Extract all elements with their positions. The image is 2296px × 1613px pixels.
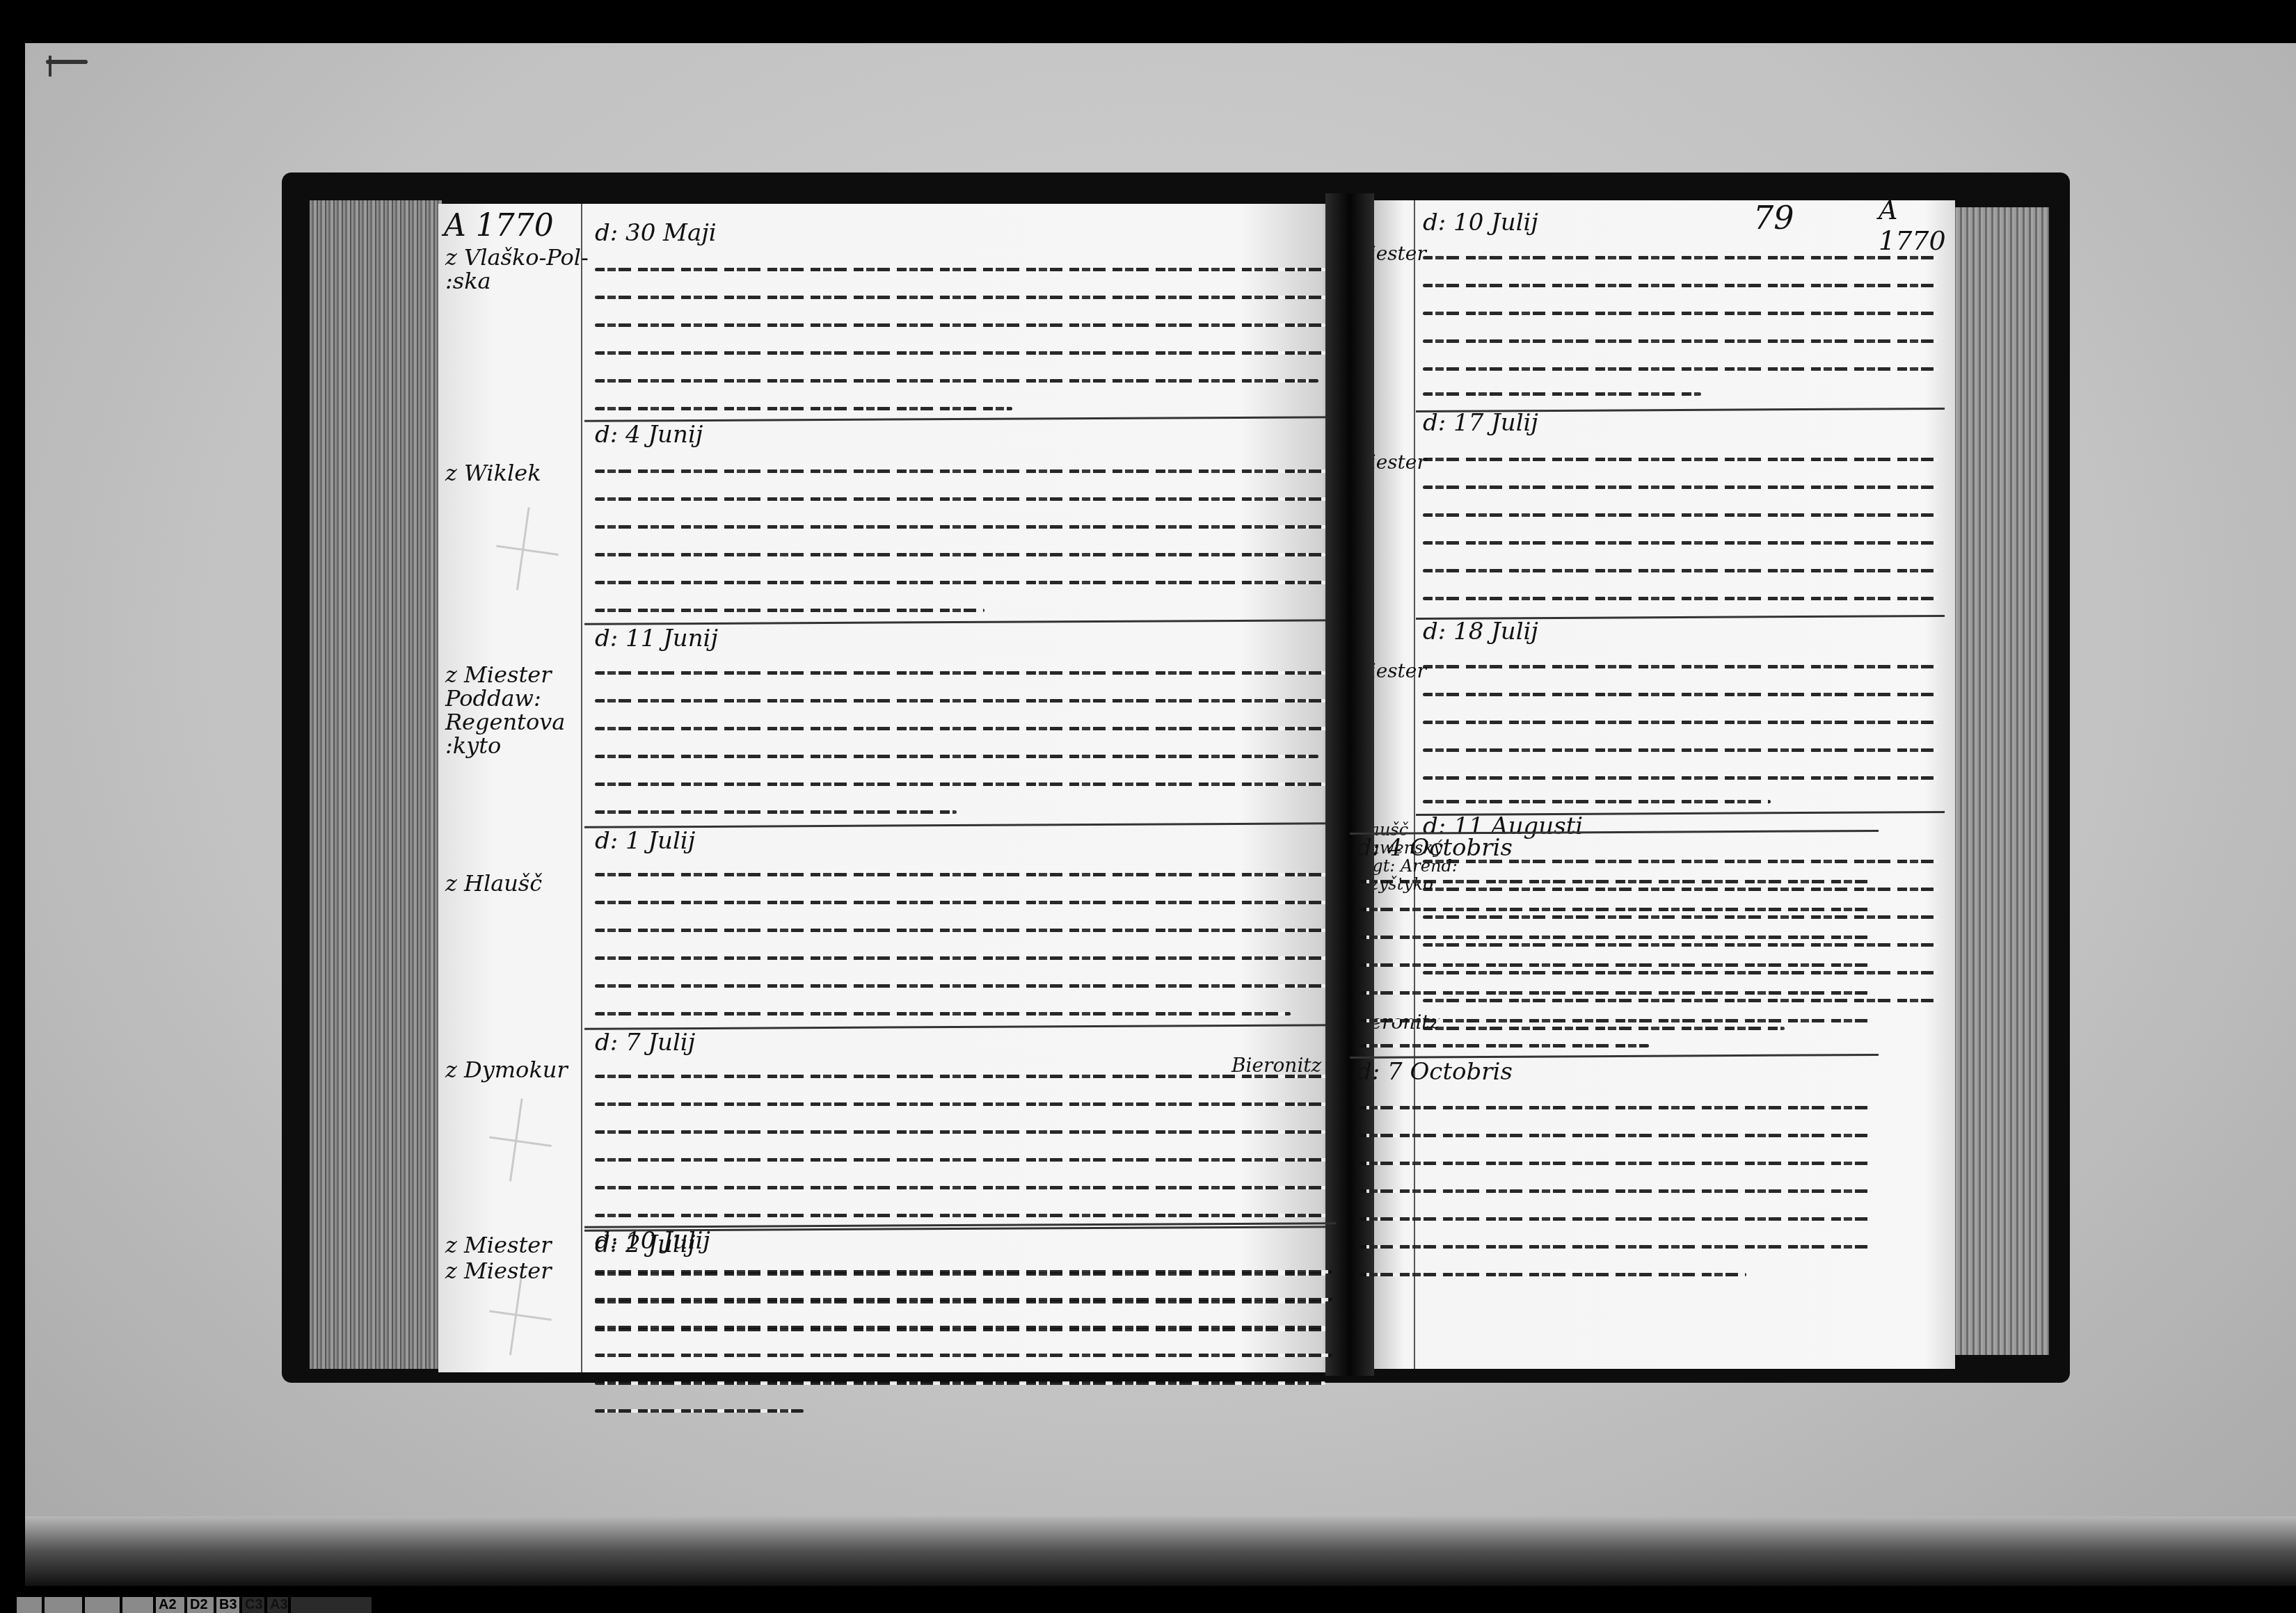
handwritten-line xyxy=(1357,1189,1872,1193)
handwritten-line xyxy=(1357,1134,1872,1137)
calibration-cell: A2 xyxy=(153,1597,184,1613)
handwritten-line xyxy=(1423,485,1938,489)
handwritten-line xyxy=(1423,569,1938,572)
handwritten-line xyxy=(1423,458,1938,461)
handwritten-line xyxy=(1357,1162,1872,1165)
handwritten-line xyxy=(595,1130,1325,1134)
handwritten-line xyxy=(595,671,1332,675)
entry-date: d: 7 Octobris xyxy=(1357,1058,1513,1086)
calibration-cell xyxy=(120,1597,153,1613)
handwritten-line xyxy=(1423,339,1938,343)
handwritten-line xyxy=(1357,1273,1746,1276)
calibration-cell xyxy=(288,1597,372,1613)
handwritten-line xyxy=(1423,721,1938,724)
calibration-cell: A3 xyxy=(264,1597,288,1613)
handwritten-line xyxy=(595,1012,1291,1016)
page-year-header: A 1770 xyxy=(444,208,554,243)
handwritten-line xyxy=(1423,284,1938,287)
film-registration-mark xyxy=(49,56,51,77)
handwritten-line xyxy=(595,1102,1332,1106)
folio-number: 79 xyxy=(1753,199,1794,236)
calibration-cell xyxy=(14,1597,42,1613)
entry-date: d: 7 Julij xyxy=(595,1029,695,1057)
entry-date: d: 30 Maji xyxy=(595,219,717,247)
entry-date: d: 4 Octobris xyxy=(1357,834,1513,862)
handwritten-line xyxy=(595,1270,1332,1274)
handwritten-line xyxy=(595,1214,1332,1217)
handwritten-line xyxy=(595,351,1332,355)
handwritten-line xyxy=(1357,936,1872,939)
handwritten-line xyxy=(1357,991,1872,995)
entry-separator xyxy=(584,822,1336,828)
handwritten-line xyxy=(595,497,1332,501)
handwritten-line xyxy=(595,956,1332,960)
handwritten-line xyxy=(595,783,1325,786)
handwritten-line xyxy=(595,407,1012,410)
margin-place-note: z Hlaušč xyxy=(445,872,542,895)
handwritten-line xyxy=(595,609,984,612)
entry-date: d: 17 Julij xyxy=(1423,409,1538,437)
entry-separator xyxy=(584,1024,1336,1030)
handwritten-line xyxy=(595,873,1332,876)
handwritten-line xyxy=(1357,880,1872,883)
page-stack-right xyxy=(1952,207,2049,1355)
handwritten-line xyxy=(595,727,1332,730)
margin-place-note: z Miester xyxy=(445,1259,551,1283)
handwritten-line xyxy=(595,1381,1325,1385)
handwritten-line xyxy=(1357,1019,1872,1022)
calibration-cell xyxy=(82,1597,120,1613)
handwritten-line xyxy=(1423,367,1938,371)
left-page: A 1770 z Vlaško-Pol- :ska d: 30 Maji z W… xyxy=(438,204,1350,1372)
handwritten-line xyxy=(595,1075,1332,1078)
handwritten-line xyxy=(1357,1106,1872,1109)
handwritten-line xyxy=(1423,776,1938,780)
handwritten-line xyxy=(595,755,1318,758)
handwritten-line xyxy=(1423,597,1938,600)
handwritten-line xyxy=(1357,1217,1872,1221)
pencil-cross-mark xyxy=(516,507,571,596)
left-page-last-entry: z Miester d: 10 Julij xyxy=(438,1224,1343,1433)
entry-date: d: 1 Julij xyxy=(595,827,695,855)
handwritten-line xyxy=(1423,392,1701,396)
handwritten-line xyxy=(595,901,1332,904)
handwritten-line xyxy=(595,296,1332,299)
handwritten-line xyxy=(595,581,1332,584)
handwritten-line xyxy=(1357,1044,1649,1048)
handwritten-line xyxy=(595,984,1325,988)
handwritten-line xyxy=(595,470,1332,473)
entry-date: d: 10 Julij xyxy=(595,1227,710,1255)
handwritten-line xyxy=(595,810,957,814)
handwritten-line xyxy=(1423,256,1938,259)
handwritten-line xyxy=(595,1186,1325,1189)
film-bottom-shadow xyxy=(25,1516,2296,1586)
entry-date: d: 4 Junij xyxy=(595,421,703,449)
pencil-cross-mark xyxy=(509,1098,564,1187)
calibration-cell: D2 xyxy=(184,1597,214,1613)
page-stack-left xyxy=(310,200,442,1369)
handwritten-line xyxy=(1357,908,1872,911)
handwritten-line xyxy=(1357,963,1872,967)
handwritten-line xyxy=(595,553,1325,556)
handwritten-line xyxy=(1423,541,1938,545)
page-year-header: A 1770 xyxy=(1879,195,1955,256)
calibration-cell xyxy=(42,1597,82,1613)
handwritten-line xyxy=(595,1298,1332,1301)
calibration-strip: A2 D2 B3 C3 A3 xyxy=(14,1597,849,1613)
entry-date: d: 11 Junij xyxy=(595,625,718,652)
handwritten-line xyxy=(595,699,1325,703)
handwritten-line xyxy=(1423,748,1938,752)
calibration-cell: B3 xyxy=(214,1597,239,1613)
handwritten-line xyxy=(1423,665,1938,668)
handwritten-line xyxy=(1423,513,1938,517)
margin-place-note: Bieronitz xyxy=(1231,1054,1321,1077)
handwritten-line xyxy=(595,1158,1332,1162)
margin-place-note: z Dymokur xyxy=(445,1058,568,1082)
margin-place-note: z Miester Poddaw: Regentova :kyto xyxy=(445,663,565,757)
entry-date: d: 10 Julij xyxy=(1423,209,1538,236)
margin-rule xyxy=(581,204,582,1372)
handwritten-line xyxy=(1357,1245,1872,1249)
handwritten-line xyxy=(595,323,1325,327)
handwritten-line xyxy=(595,1326,1325,1329)
handwritten-line xyxy=(595,379,1318,383)
handwritten-line xyxy=(595,1354,1332,1357)
handwritten-line xyxy=(1423,693,1938,696)
handwritten-line xyxy=(1423,800,1771,803)
entry-date: d: 18 Julij xyxy=(1423,618,1538,645)
margin-place-note: z Vlaško-Pol- :ska xyxy=(445,246,589,293)
margin-place-note: z Wiklek xyxy=(445,461,541,485)
handwritten-line xyxy=(595,929,1325,932)
handwritten-line xyxy=(595,268,1325,271)
calibration-cell: C3 xyxy=(239,1597,264,1613)
handwritten-line xyxy=(1423,312,1938,315)
film-registration-mark xyxy=(46,60,88,64)
right-page-last-entry-body xyxy=(1350,1099,1955,1377)
handwritten-line xyxy=(595,525,1332,529)
handwritten-line xyxy=(595,1409,804,1413)
